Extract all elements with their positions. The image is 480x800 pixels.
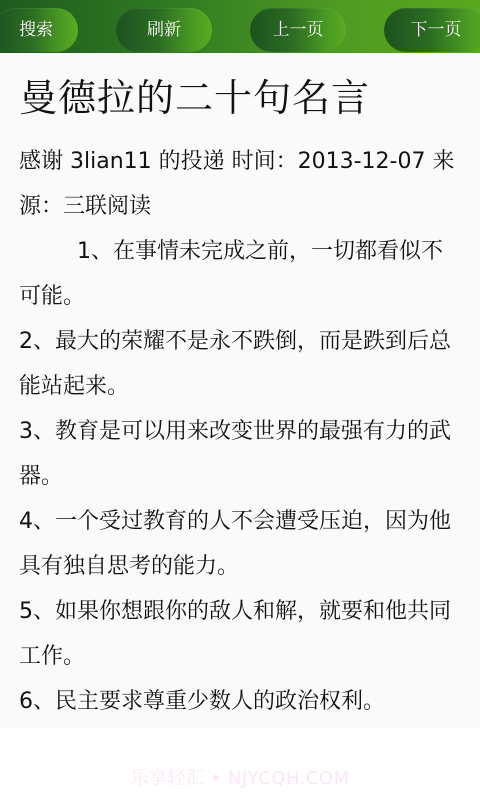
quote-item: 2、最大的荣耀不是永不跌倒，而是跌到后总能站起来。 (19, 319, 459, 409)
quote-item: 5、如果你想跟你的敌人和解，就要和他共同工作。 (19, 589, 459, 679)
quote-item: 1、在事情未完成之前，一切都看似不可能。 (19, 229, 459, 319)
search-button[interactable]: 搜索 (0, 8, 78, 52)
article-content[interactable]: 曼德拉的二十句名言 感谢 3lian11 的投递 时间：2013-12-07 来… (0, 53, 480, 728)
watermark: 乐享轻汇 • NJYCQH.COM (0, 764, 480, 790)
top-toolbar: 搜索 刷新 上一页 下一页 (0, 0, 480, 53)
previous-page-button[interactable]: 上一页 (250, 8, 346, 52)
refresh-button[interactable]: 刷新 (116, 8, 212, 52)
article-meta: 感谢 3lian11 的投递 时间：2013-12-07 来源：三联阅读 (19, 139, 459, 229)
article-body: 感谢 3lian11 的投递 时间：2013-12-07 来源：三联阅读 1、在… (19, 139, 459, 724)
quote-item: 6、民主要求尊重少数人的政治权利。 (19, 679, 459, 724)
article-title: 曼德拉的二十句名言 (19, 67, 370, 122)
next-page-button[interactable]: 下一页 (384, 8, 480, 52)
quote-item: 3、教育是可以用来改变世界的最强有力的武器。 (19, 409, 459, 499)
quote-item: 4、一个受过教育的人不会遭受压迫，因为他具有独自思考的能力。 (19, 499, 459, 589)
